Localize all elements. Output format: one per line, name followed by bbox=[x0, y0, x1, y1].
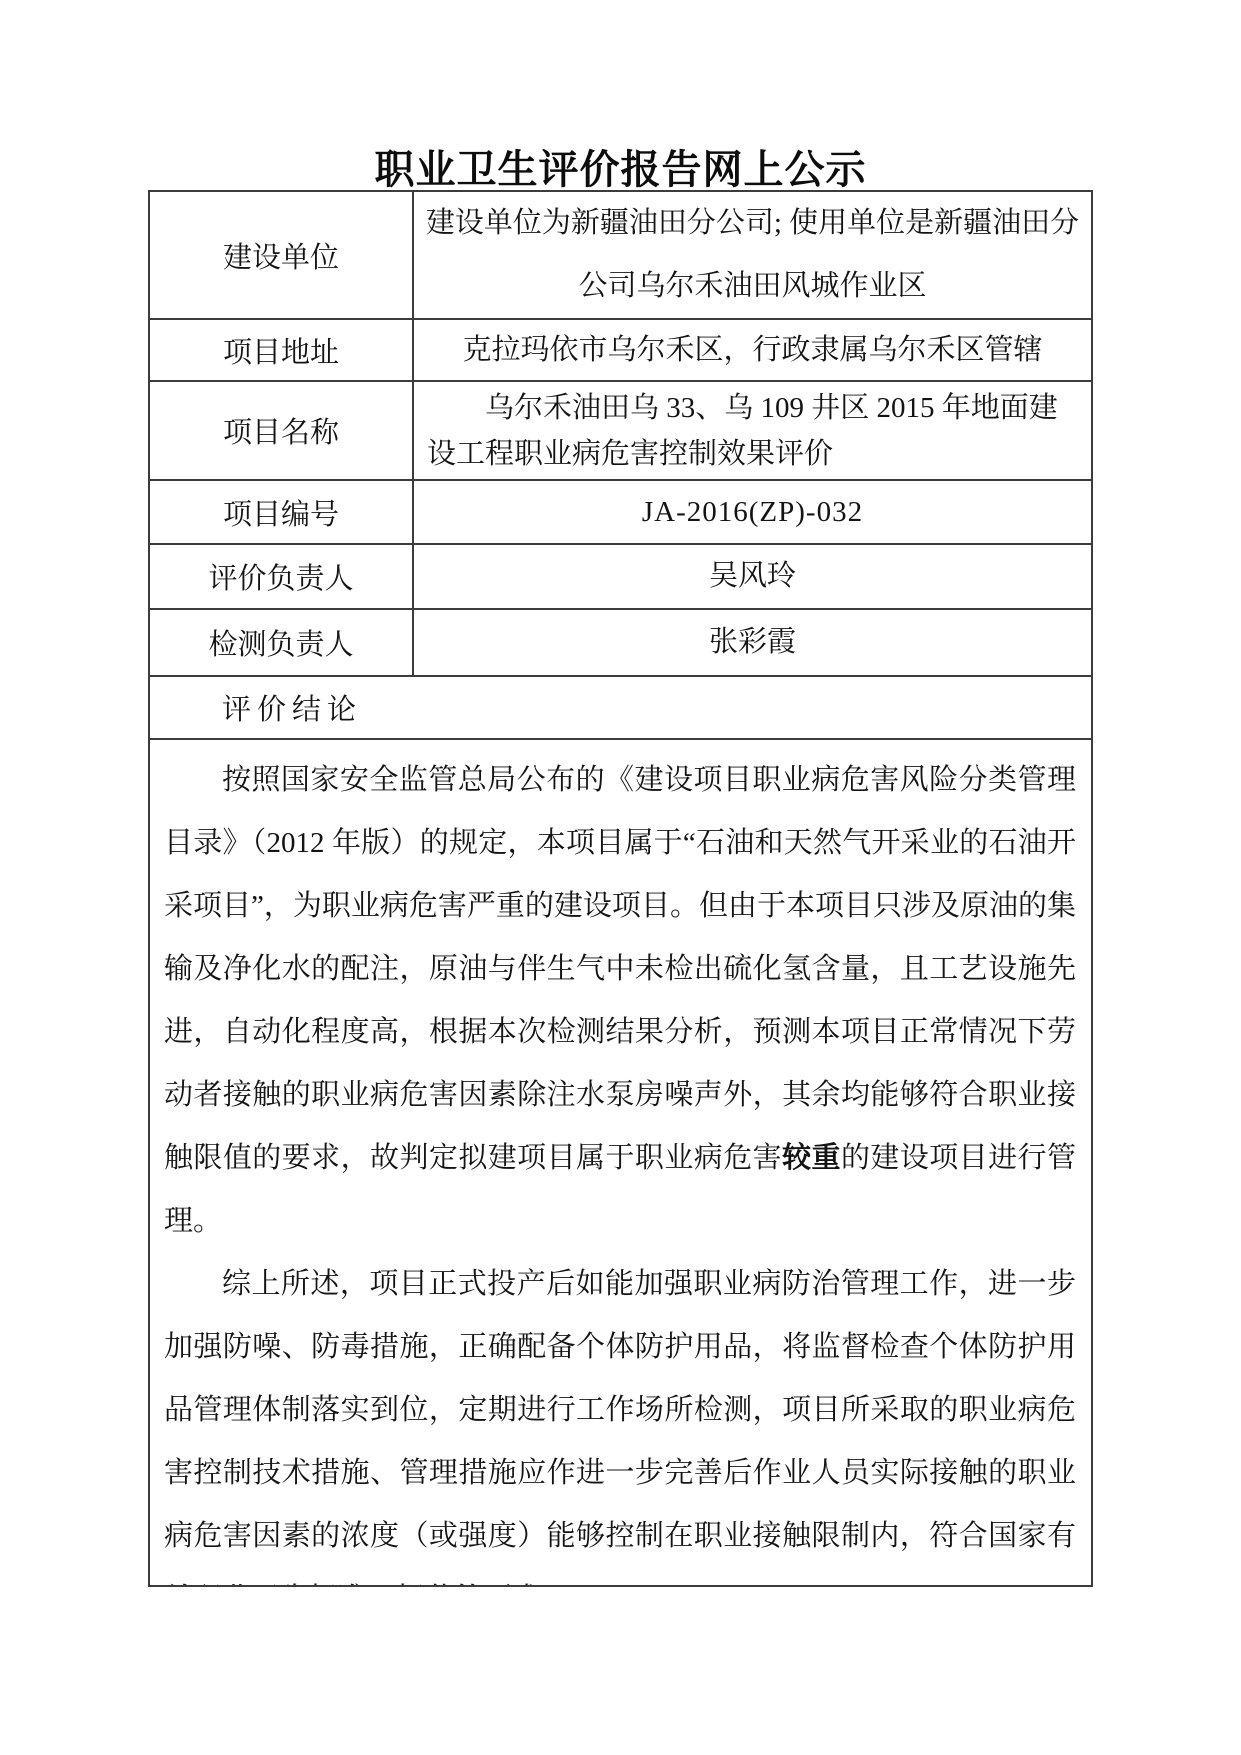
row-value-testing-lead: 张彩霞 bbox=[414, 610, 1091, 675]
table-row-evaluation-lead: 评价负责人 吴风玲 bbox=[150, 545, 1091, 610]
value-line: 公司乌尔禾油田风城作业区 bbox=[578, 255, 926, 318]
table-row-conclusion-body: 按照国家安全监管总局公布的《建设项目职业病危害风险分类管理目录》（2012 年版… bbox=[150, 740, 1091, 1585]
row-label-project-number: 项目编号 bbox=[150, 481, 414, 543]
conclusion-paragraph-1: 按照国家安全监管总局公布的《建设项目职业病危害风险分类管理目录》（2012 年版… bbox=[164, 749, 1076, 1253]
row-value-construction-unit: 建设单位为新疆油田分公司; 使用单位是新疆油田分 公司乌尔禾油田风城作业区 bbox=[414, 192, 1091, 318]
table-row-project-address: 项目地址 克拉玛依市乌尔禾区，行政隶属乌尔禾区管辖 bbox=[150, 320, 1091, 382]
table-row-project-name: 项目名称 乌尔禾油田乌 33、乌 109 井区 2015 年地面建 设工程职业病… bbox=[150, 382, 1091, 481]
conclusion-p1-before: 按照国家安全监管总局公布的《建设项目职业病危害风险分类管理目录》（2012 年版… bbox=[164, 764, 1076, 1174]
row-value-project-name: 乌尔禾油田乌 33、乌 109 井区 2015 年地面建 设工程职业病危害控制效… bbox=[414, 382, 1091, 479]
table-row-conclusion-label: 评价结论 bbox=[150, 677, 1091, 740]
value-line: 乌尔禾油田乌 33、乌 109 井区 2015 年地面建 bbox=[427, 385, 1078, 431]
conclusion-text: 按照国家安全监管总局公布的《建设项目职业病危害风险分类管理目录》（2012 年版… bbox=[150, 740, 1091, 1585]
row-label-project-name: 项目名称 bbox=[150, 382, 414, 479]
value-line: 设工程职业病危害控制效果评价 bbox=[427, 431, 1078, 477]
row-value-evaluation-lead: 吴风玲 bbox=[414, 545, 1091, 608]
value-line: 建设单位为新疆油田分公司; 使用单位是新疆油田分 bbox=[426, 192, 1079, 255]
table-row-construction-unit: 建设单位 建设单位为新疆油田分公司; 使用单位是新疆油田分 公司乌尔禾油田风城作… bbox=[150, 192, 1091, 320]
table-row-testing-lead: 检测负责人 张彩霞 bbox=[150, 610, 1091, 677]
document-page: 职业卫生评价报告网上公示 建设单位 建设单位为新疆油田分公司; 使用单位是新疆油… bbox=[0, 0, 1241, 1755]
row-label-evaluation-lead: 评价负责人 bbox=[150, 545, 414, 608]
row-label-project-address: 项目地址 bbox=[150, 320, 414, 380]
page-title: 职业卫生评价报告网上公示 bbox=[0, 138, 1241, 195]
conclusion-label: 评价结论 bbox=[150, 677, 1091, 738]
conclusion-paragraph-2: 综上所述，项目正式投产后如能加强职业病防治管理工作，进一步加强防噪、防毒措施，正… bbox=[164, 1253, 1076, 1585]
table-row-project-number: 项目编号 JA-2016(ZP)-032 bbox=[150, 481, 1091, 545]
row-value-project-address: 克拉玛依市乌尔禾区，行政隶属乌尔禾区管辖 bbox=[414, 320, 1091, 380]
row-label-construction-unit: 建设单位 bbox=[150, 192, 414, 318]
row-value-project-number: JA-2016(ZP)-032 bbox=[414, 481, 1091, 543]
report-table: 建设单位 建设单位为新疆油田分公司; 使用单位是新疆油田分 公司乌尔禾油田风城作… bbox=[148, 190, 1093, 1587]
conclusion-p1-bold-term: 较重 bbox=[782, 1142, 841, 1174]
row-label-testing-lead: 检测负责人 bbox=[150, 610, 414, 675]
